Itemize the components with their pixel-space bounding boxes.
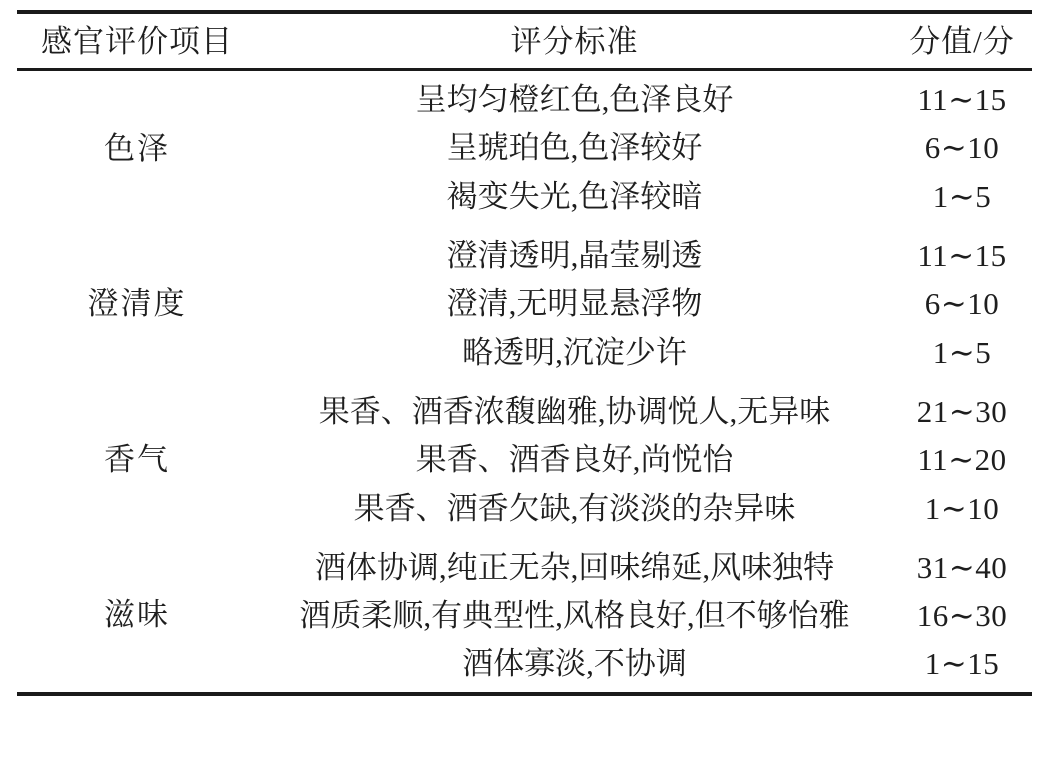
section-clarity: 澄清度 澄清透明,晶莹剔透 11∼15 澄清,无明显悬浮物 6∼10 略透明,沉… [17, 226, 1032, 382]
score-cell: 1∼10 [892, 486, 1032, 538]
table-row: 香气 果香、酒香浓馥幽雅,协调悦人,无异味 21∼30 [17, 382, 1032, 434]
score-cell: 11∼15 [892, 226, 1032, 278]
section-color: 色泽 呈均匀橙红色,色泽良好 11∼15 呈琥珀色,色泽较好 6∼10 褐变失光… [17, 70, 1032, 226]
section-taste: 滋味 酒体协调,纯正无杂,回味绵延,风味独特 31∼40 酒质柔顺,有典型性,风… [17, 538, 1032, 694]
score-cell: 31∼40 [892, 538, 1032, 590]
criteria-cell: 果香、酒香欠缺,有淡淡的杂异味 [257, 486, 892, 538]
criteria-cell: 澄清,无明显悬浮物 [257, 278, 892, 330]
criteria-cell: 呈琥珀色,色泽较好 [257, 122, 892, 174]
score-cell: 11∼20 [892, 434, 1032, 486]
criteria-cell: 果香、酒香良好,尚悦怡 [257, 434, 892, 486]
table-row: 澄清度 澄清透明,晶莹剔透 11∼15 [17, 226, 1032, 278]
category-cell: 色泽 [17, 70, 257, 226]
category-cell: 香气 [17, 382, 257, 538]
category-cell: 澄清度 [17, 226, 257, 382]
score-cell: 1∼5 [892, 330, 1032, 382]
score-cell: 6∼10 [892, 278, 1032, 330]
criteria-cell: 酒质柔顺,有典型性,风格良好,但不够怡雅 [257, 590, 892, 642]
score-cell: 1∼5 [892, 174, 1032, 226]
column-header-item: 感官评价项目 [17, 12, 257, 70]
criteria-cell: 酒体协调,纯正无杂,回味绵延,风味独特 [257, 538, 892, 590]
sensory-evaluation-table: 感官评价项目 评分标准 分值/分 色泽 呈均匀橙红色,色泽良好 11∼15 呈琥… [17, 10, 1032, 696]
section-aroma: 香气 果香、酒香浓馥幽雅,协调悦人,无异味 21∼30 果香、酒香良好,尚悦怡 … [17, 382, 1032, 538]
category-cell: 滋味 [17, 538, 257, 694]
criteria-cell: 澄清透明,晶莹剔透 [257, 226, 892, 278]
score-cell: 6∼10 [892, 122, 1032, 174]
score-cell: 11∼15 [892, 70, 1032, 122]
table-row: 色泽 呈均匀橙红色,色泽良好 11∼15 [17, 70, 1032, 122]
table-row: 滋味 酒体协调,纯正无杂,回味绵延,风味独特 31∼40 [17, 538, 1032, 590]
score-cell: 21∼30 [892, 382, 1032, 434]
header-row: 感官评价项目 评分标准 分值/分 [17, 12, 1032, 70]
criteria-cell: 果香、酒香浓馥幽雅,协调悦人,无异味 [257, 382, 892, 434]
score-cell: 16∼30 [892, 590, 1032, 642]
criteria-cell: 褐变失光,色泽较暗 [257, 174, 892, 226]
column-header-criteria: 评分标准 [257, 12, 892, 70]
score-cell: 1∼15 [892, 642, 1032, 694]
criteria-cell: 略透明,沉淀少许 [257, 330, 892, 382]
column-header-score: 分值/分 [892, 12, 1032, 70]
criteria-cell: 呈均匀橙红色,色泽良好 [257, 70, 892, 122]
criteria-cell: 酒体寡淡,不协调 [257, 642, 892, 694]
